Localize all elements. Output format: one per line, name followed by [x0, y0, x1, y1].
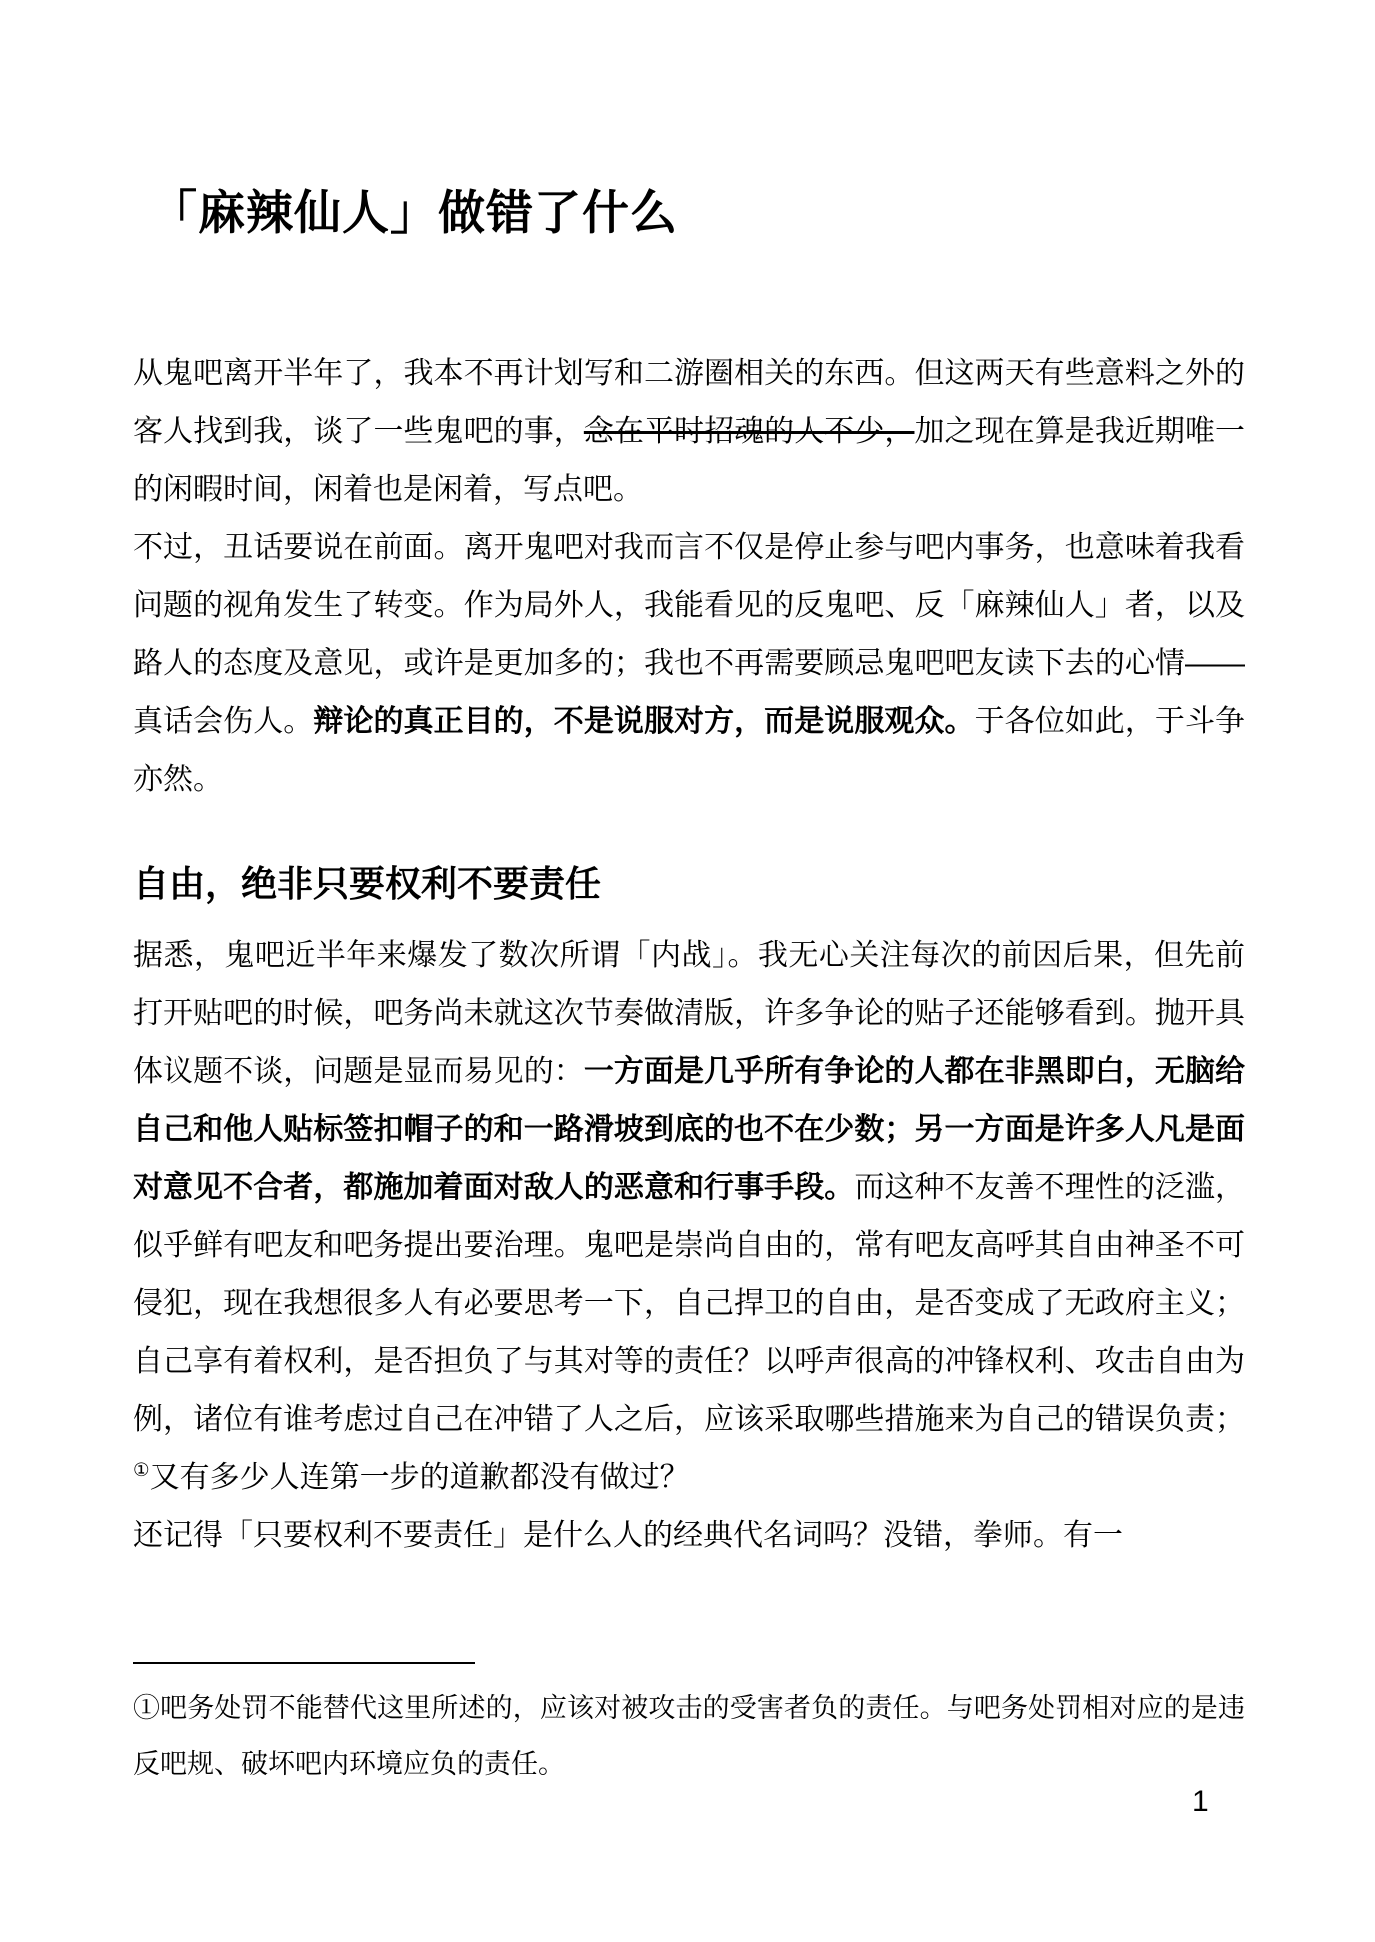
footnote-divider [133, 1662, 475, 1664]
text-run: 又有多少人连第一步的道歉都没有做过？ [150, 1461, 690, 1494]
article-body: 从鬼吧离开半年了，我本不再计划写和二游圈相关的东西。但这两天有些意料之外的客人找… [133, 345, 1245, 1565]
section-heading: 自由，绝非只要权利不要责任 [133, 861, 1245, 907]
footnote-area: ①吧务处罚不能替代这里所述的，应该对被攻击的受害者负的责任。与吧务处罚相对应的是… [133, 1662, 1245, 1792]
footnote-text: ①吧务处罚不能替代这里所述的，应该对被攻击的受害者负的责任。与吧务处罚相对应的是… [133, 1680, 1245, 1792]
document-page: 「麻辣仙人」做错了什么 从鬼吧离开半年了，我本不再计划写和二游圈相关的东西。但这… [0, 0, 1375, 1942]
text-run: 还记得「只要权利不要责任」是什么人的经典代名词吗？没错，拳师。有一 [133, 1519, 1123, 1552]
page-title: 「麻辣仙人」做错了什么 [150, 176, 678, 243]
intro-paragraph-1: 从鬼吧离开半年了，我本不再计划写和二游圈相关的东西。但这两天有些意料之外的客人找… [133, 345, 1245, 519]
section-paragraph-1: 据悉，鬼吧近半年来爆发了数次所谓「内战」。我无心关注每次的前因后果，但先前打开贴… [133, 927, 1245, 1507]
page-number: 1 [1192, 1786, 1209, 1818]
intro-paragraph-2: 不过，丑话要说在前面。离开鬼吧对我而言不仅是停止参与吧内事务，也意味着我看问题的… [133, 519, 1245, 809]
section-paragraph-2: 还记得「只要权利不要责任」是什么人的经典代名词吗？没错，拳师。有一 [133, 1507, 1245, 1565]
text-run-sup: ① [133, 1459, 150, 1480]
text-run-strike: 念在平时招魂的人不少， [584, 415, 915, 448]
text-run-bold: 辩论的真正目的，不是说服对方，而是说服观众。 [313, 705, 974, 738]
text-run: 而这种不友善不理性的泛滥，似乎鲜有吧友和吧务提出要治理。鬼吧是崇尚自由的，常有吧… [133, 1171, 1245, 1436]
